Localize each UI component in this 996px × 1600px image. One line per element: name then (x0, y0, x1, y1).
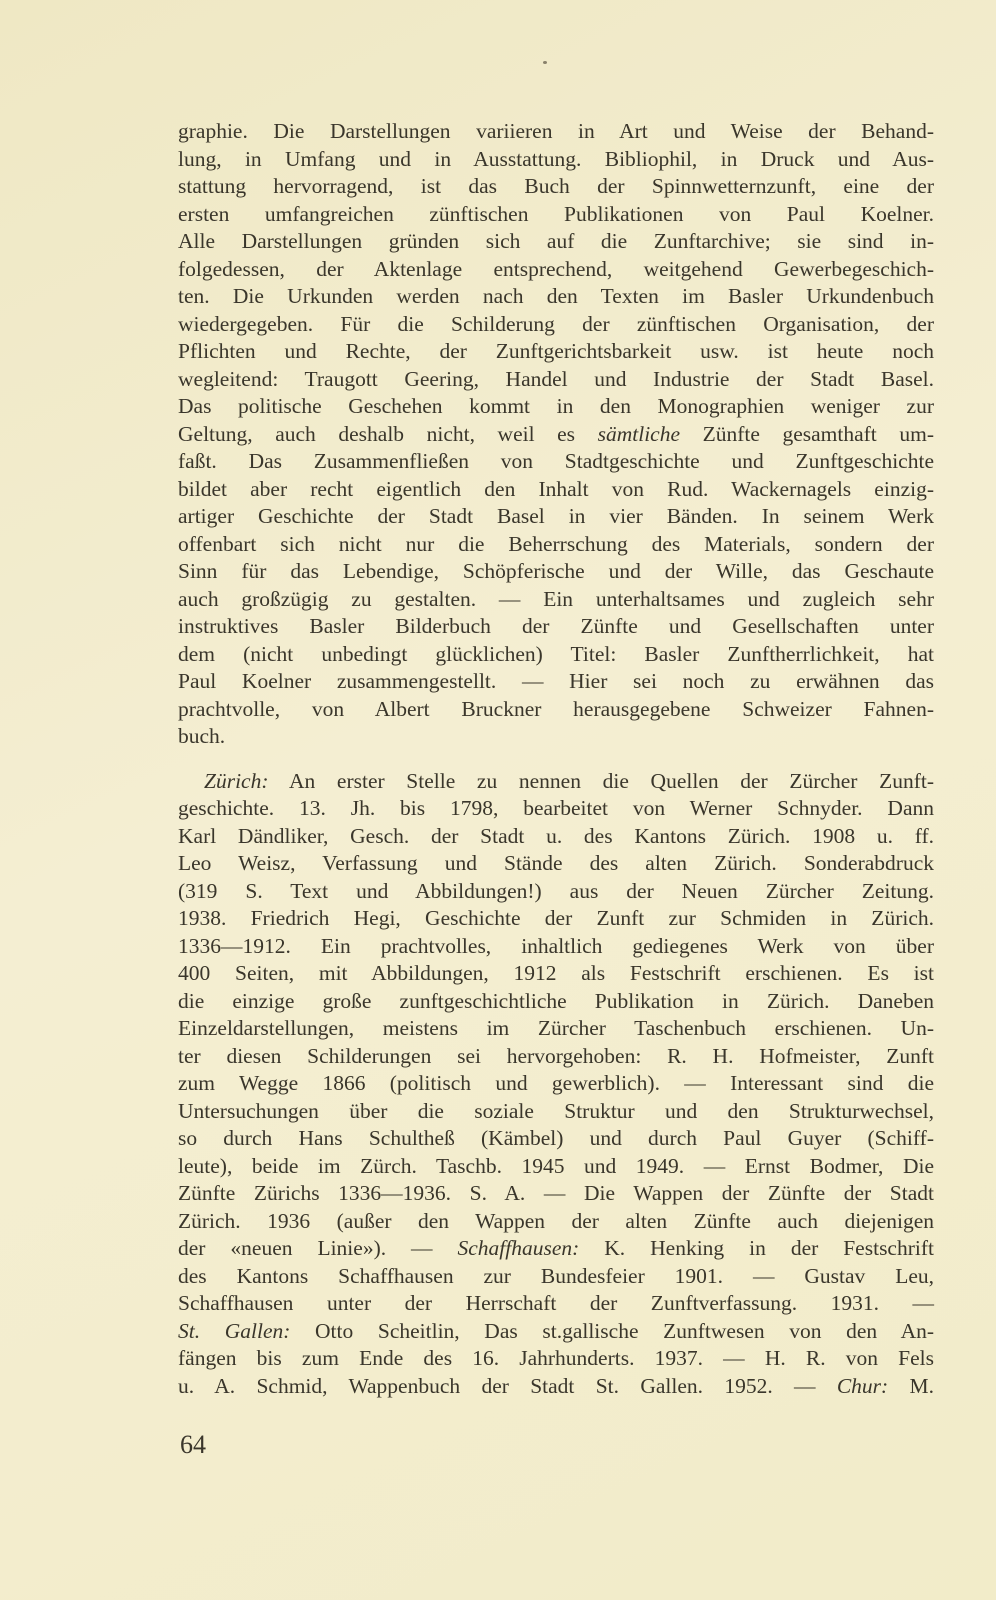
text-segment: Leo Weisz, Verfassung und Stände des alt… (178, 851, 934, 875)
text-line: Untersuchungen über die soziale Struktur… (178, 1098, 934, 1126)
italic-text-segment: St. Gallen: (178, 1319, 290, 1343)
text-segment: lung, in Umfang und in Ausstattung. Bibl… (178, 147, 934, 171)
text-segment: fängen bis zum Ende des 16. Jahrhunderts… (178, 1346, 934, 1370)
text-segment: u. A. Schmid, Wappenbuch der Stadt St. G… (178, 1374, 837, 1398)
text-segment: Otto Scheitlin, Das st.gallische Zunftwe… (290, 1319, 934, 1343)
text-line: 1336—1912. Ein prachtvolles, inhaltlich … (178, 933, 934, 961)
text-segment: M. (888, 1374, 934, 1398)
text-line: lung, in Umfang und in Ausstattung. Bibl… (178, 146, 934, 174)
text-segment: zum Wegge 1866 (politisch und gewerblich… (178, 1071, 934, 1095)
paragraph: graphie. Die Darstellungen variieren in … (178, 118, 934, 751)
text-line: wegleitend: Traugott Geering, Handel und… (178, 366, 934, 394)
text-segment: so durch Hans Schultheß (Kämbel) und dur… (178, 1126, 934, 1150)
text-segment: wegleitend: Traugott Geering, Handel und… (178, 367, 934, 391)
text-segment: wiedergegeben. Für die Schilderung der z… (178, 312, 934, 336)
text-segment: Geltung, auch deshalb nicht, weil es (178, 422, 598, 446)
text-segment: 400 Seiten, mit Abbildungen, 1912 als Fe… (178, 961, 934, 985)
text-segment: (319 S. Text und Abbildungen!) aus der N… (178, 879, 934, 903)
paragraph: Zürich: An erster Stelle zu nennen die Q… (178, 768, 934, 1401)
text-line: der «neuen Linie»). — Schaffhausen: K. H… (178, 1235, 934, 1263)
italic-text-segment: Schaffhausen: (458, 1236, 580, 1260)
text-line: ersten umfangreichen zünftischen Publika… (178, 201, 934, 229)
text-line: artiger Geschichte der Stadt Basel in vi… (178, 503, 934, 531)
text-line: Sinn für das Lebendige, Schöpferische un… (178, 558, 934, 586)
text-line: Einzeldarstellungen, meistens im Zürcher… (178, 1015, 934, 1043)
text-segment: ten. Die Urkunden werden nach den Texten… (178, 284, 934, 308)
text-line: des Kantons Schaffhausen zur Bundesfeier… (178, 1263, 934, 1291)
text-segment: dem (nicht unbedingt glücklichen) Titel:… (178, 642, 934, 666)
italic-text-segment: Chur: (837, 1374, 888, 1398)
text-line: bildet aber recht eigentlich den Inhalt … (178, 476, 934, 504)
text-segment: graphie. Die Darstellungen variieren in … (178, 119, 934, 143)
text-segment: Karl Dändliker, Gesch. der Stadt u. des … (178, 824, 934, 848)
text-line: Geltung, auch deshalb nicht, weil es säm… (178, 421, 934, 449)
text-segment: 1336—1912. Ein prachtvolles, inhaltlich … (178, 934, 934, 958)
text-line: wiedergegeben. Für die Schilderung der z… (178, 311, 934, 339)
text-block: graphie. Die Darstellungen variieren in … (178, 118, 934, 1400)
text-line: Zürich. 1936 (außer den Wappen der alten… (178, 1208, 934, 1236)
text-line: Alle Darstellungen gründen sich auf die … (178, 228, 934, 256)
text-segment: faßt. Das Zusammenfließen von Stadtgesch… (178, 449, 934, 473)
text-segment: Untersuchungen über die soziale Struktur… (178, 1099, 934, 1123)
text-line: ten. Die Urkunden werden nach den Texten… (178, 283, 934, 311)
text-line: Zürich: An erster Stelle zu nennen die Q… (178, 768, 934, 796)
text-line: folgedessen, der Aktenlage entsprechend,… (178, 256, 934, 284)
text-segment: artiger Geschichte der Stadt Basel in vi… (178, 504, 934, 528)
text-segment: leute), beide im Zürch. Taschb. 1945 und… (178, 1154, 934, 1178)
text-line: u. A. Schmid, Wappenbuch der Stadt St. G… (178, 1373, 934, 1401)
text-line: graphie. Die Darstellungen variieren in … (178, 118, 934, 146)
text-line: buch. (178, 723, 934, 751)
text-segment: ter diesen Schilderungen sei hervorgehob… (178, 1044, 934, 1068)
text-segment: auch großzügig zu gestalten. — Ein unter… (178, 587, 934, 611)
text-segment: offenbart sich nicht nur die Beherrschun… (178, 532, 934, 556)
scan-speck (543, 61, 547, 64)
text-line: faßt. Das Zusammenfließen von Stadtgesch… (178, 448, 934, 476)
text-segment: An erster Stelle zu nennen die Quellen d… (269, 769, 935, 793)
text-line: zum Wegge 1866 (politisch und gewerblich… (178, 1070, 934, 1098)
text-segment: Schaffhausen unter der Herrschaft der Zu… (178, 1291, 934, 1315)
text-segment: Paul Koelner zusammengestellt. — Hier se… (178, 669, 934, 693)
text-line: Schaffhausen unter der Herrschaft der Zu… (178, 1290, 934, 1318)
text-segment: bildet aber recht eigentlich den Inhalt … (178, 477, 934, 501)
text-line: Karl Dändliker, Gesch. der Stadt u. des … (178, 823, 934, 851)
text-segment: K. Henking in der Festschrift (579, 1236, 934, 1260)
text-segment: Pflichten und Rechte, der Zunftgerichtsb… (178, 339, 934, 363)
book-page: graphie. Die Darstellungen variieren in … (0, 0, 996, 1600)
text-line: Leo Weisz, Verfassung und Stände des alt… (178, 850, 934, 878)
text-segment: 1938. Friedrich Hegi, Geschichte der Zun… (178, 906, 934, 930)
text-segment: die einzige große zunftgeschichtliche Pu… (178, 989, 934, 1013)
text-line: Paul Koelner zusammengestellt. — Hier se… (178, 668, 934, 696)
text-segment: prachtvolle, von Albert Bruckner herausg… (178, 697, 934, 721)
text-line: 1938. Friedrich Hegi, Geschichte der Zun… (178, 905, 934, 933)
text-segment: folgedessen, der Aktenlage entsprechend,… (178, 257, 934, 281)
text-line: stattung hervorragend, ist das Buch der … (178, 173, 934, 201)
text-segment: stattung hervorragend, ist das Buch der … (178, 174, 934, 198)
text-segment: Zünfte gesamthaft um- (680, 422, 934, 446)
text-segment: Sinn für das Lebendige, Schöpferische un… (178, 559, 934, 583)
text-segment: Alle Darstellungen gründen sich auf die … (178, 229, 934, 253)
text-segment: buch. (178, 724, 225, 748)
italic-text-segment: Zürich: (204, 769, 269, 793)
text-line: Das politische Geschehen kommt in den Mo… (178, 393, 934, 421)
text-line: offenbart sich nicht nur die Beherrschun… (178, 531, 934, 559)
text-segment: des Kantons Schaffhausen zur Bundesfeier… (178, 1264, 934, 1288)
text-line: St. Gallen: Otto Scheitlin, Das st.galli… (178, 1318, 934, 1346)
text-line: ter diesen Schilderungen sei hervorgehob… (178, 1043, 934, 1071)
text-segment: Zürich. 1936 (außer den Wappen der alten… (178, 1209, 934, 1233)
text-line: Zünfte Zürichs 1336—1936. S. A. — Die Wa… (178, 1180, 934, 1208)
text-line: leute), beide im Zürch. Taschb. 1945 und… (178, 1153, 934, 1181)
text-segment: Einzeldarstellungen, meistens im Zürcher… (178, 1016, 934, 1040)
text-segment: Das politische Geschehen kommt in den Mo… (178, 394, 934, 418)
text-line: dem (nicht unbedingt glücklichen) Titel:… (178, 641, 934, 669)
page-number: 64 (180, 1430, 206, 1460)
text-line: so durch Hans Schultheß (Kämbel) und dur… (178, 1125, 934, 1153)
text-segment: ersten umfangreichen zünftischen Publika… (178, 202, 934, 226)
text-segment: der «neuen Linie»). — (178, 1236, 458, 1260)
text-line: prachtvolle, von Albert Bruckner herausg… (178, 696, 934, 724)
text-line: geschichte. 13. Jh. bis 1798, bearbeitet… (178, 795, 934, 823)
italic-text-segment: sämtliche (598, 422, 680, 446)
text-line: die einzige große zunftgeschichtliche Pu… (178, 988, 934, 1016)
text-segment: Zünfte Zürichs 1336—1936. S. A. — Die Wa… (178, 1181, 934, 1205)
text-line: instruktives Basler Bilderbuch der Zünft… (178, 613, 934, 641)
text-segment: instruktives Basler Bilderbuch der Zünft… (178, 614, 934, 638)
text-line: (319 S. Text und Abbildungen!) aus der N… (178, 878, 934, 906)
text-line: 400 Seiten, mit Abbildungen, 1912 als Fe… (178, 960, 934, 988)
text-segment: geschichte. 13. Jh. bis 1798, bearbeitet… (178, 796, 934, 820)
text-line: fängen bis zum Ende des 16. Jahrhunderts… (178, 1345, 934, 1373)
text-line: Pflichten und Rechte, der Zunftgerichtsb… (178, 338, 934, 366)
text-line: auch großzügig zu gestalten. — Ein unter… (178, 586, 934, 614)
